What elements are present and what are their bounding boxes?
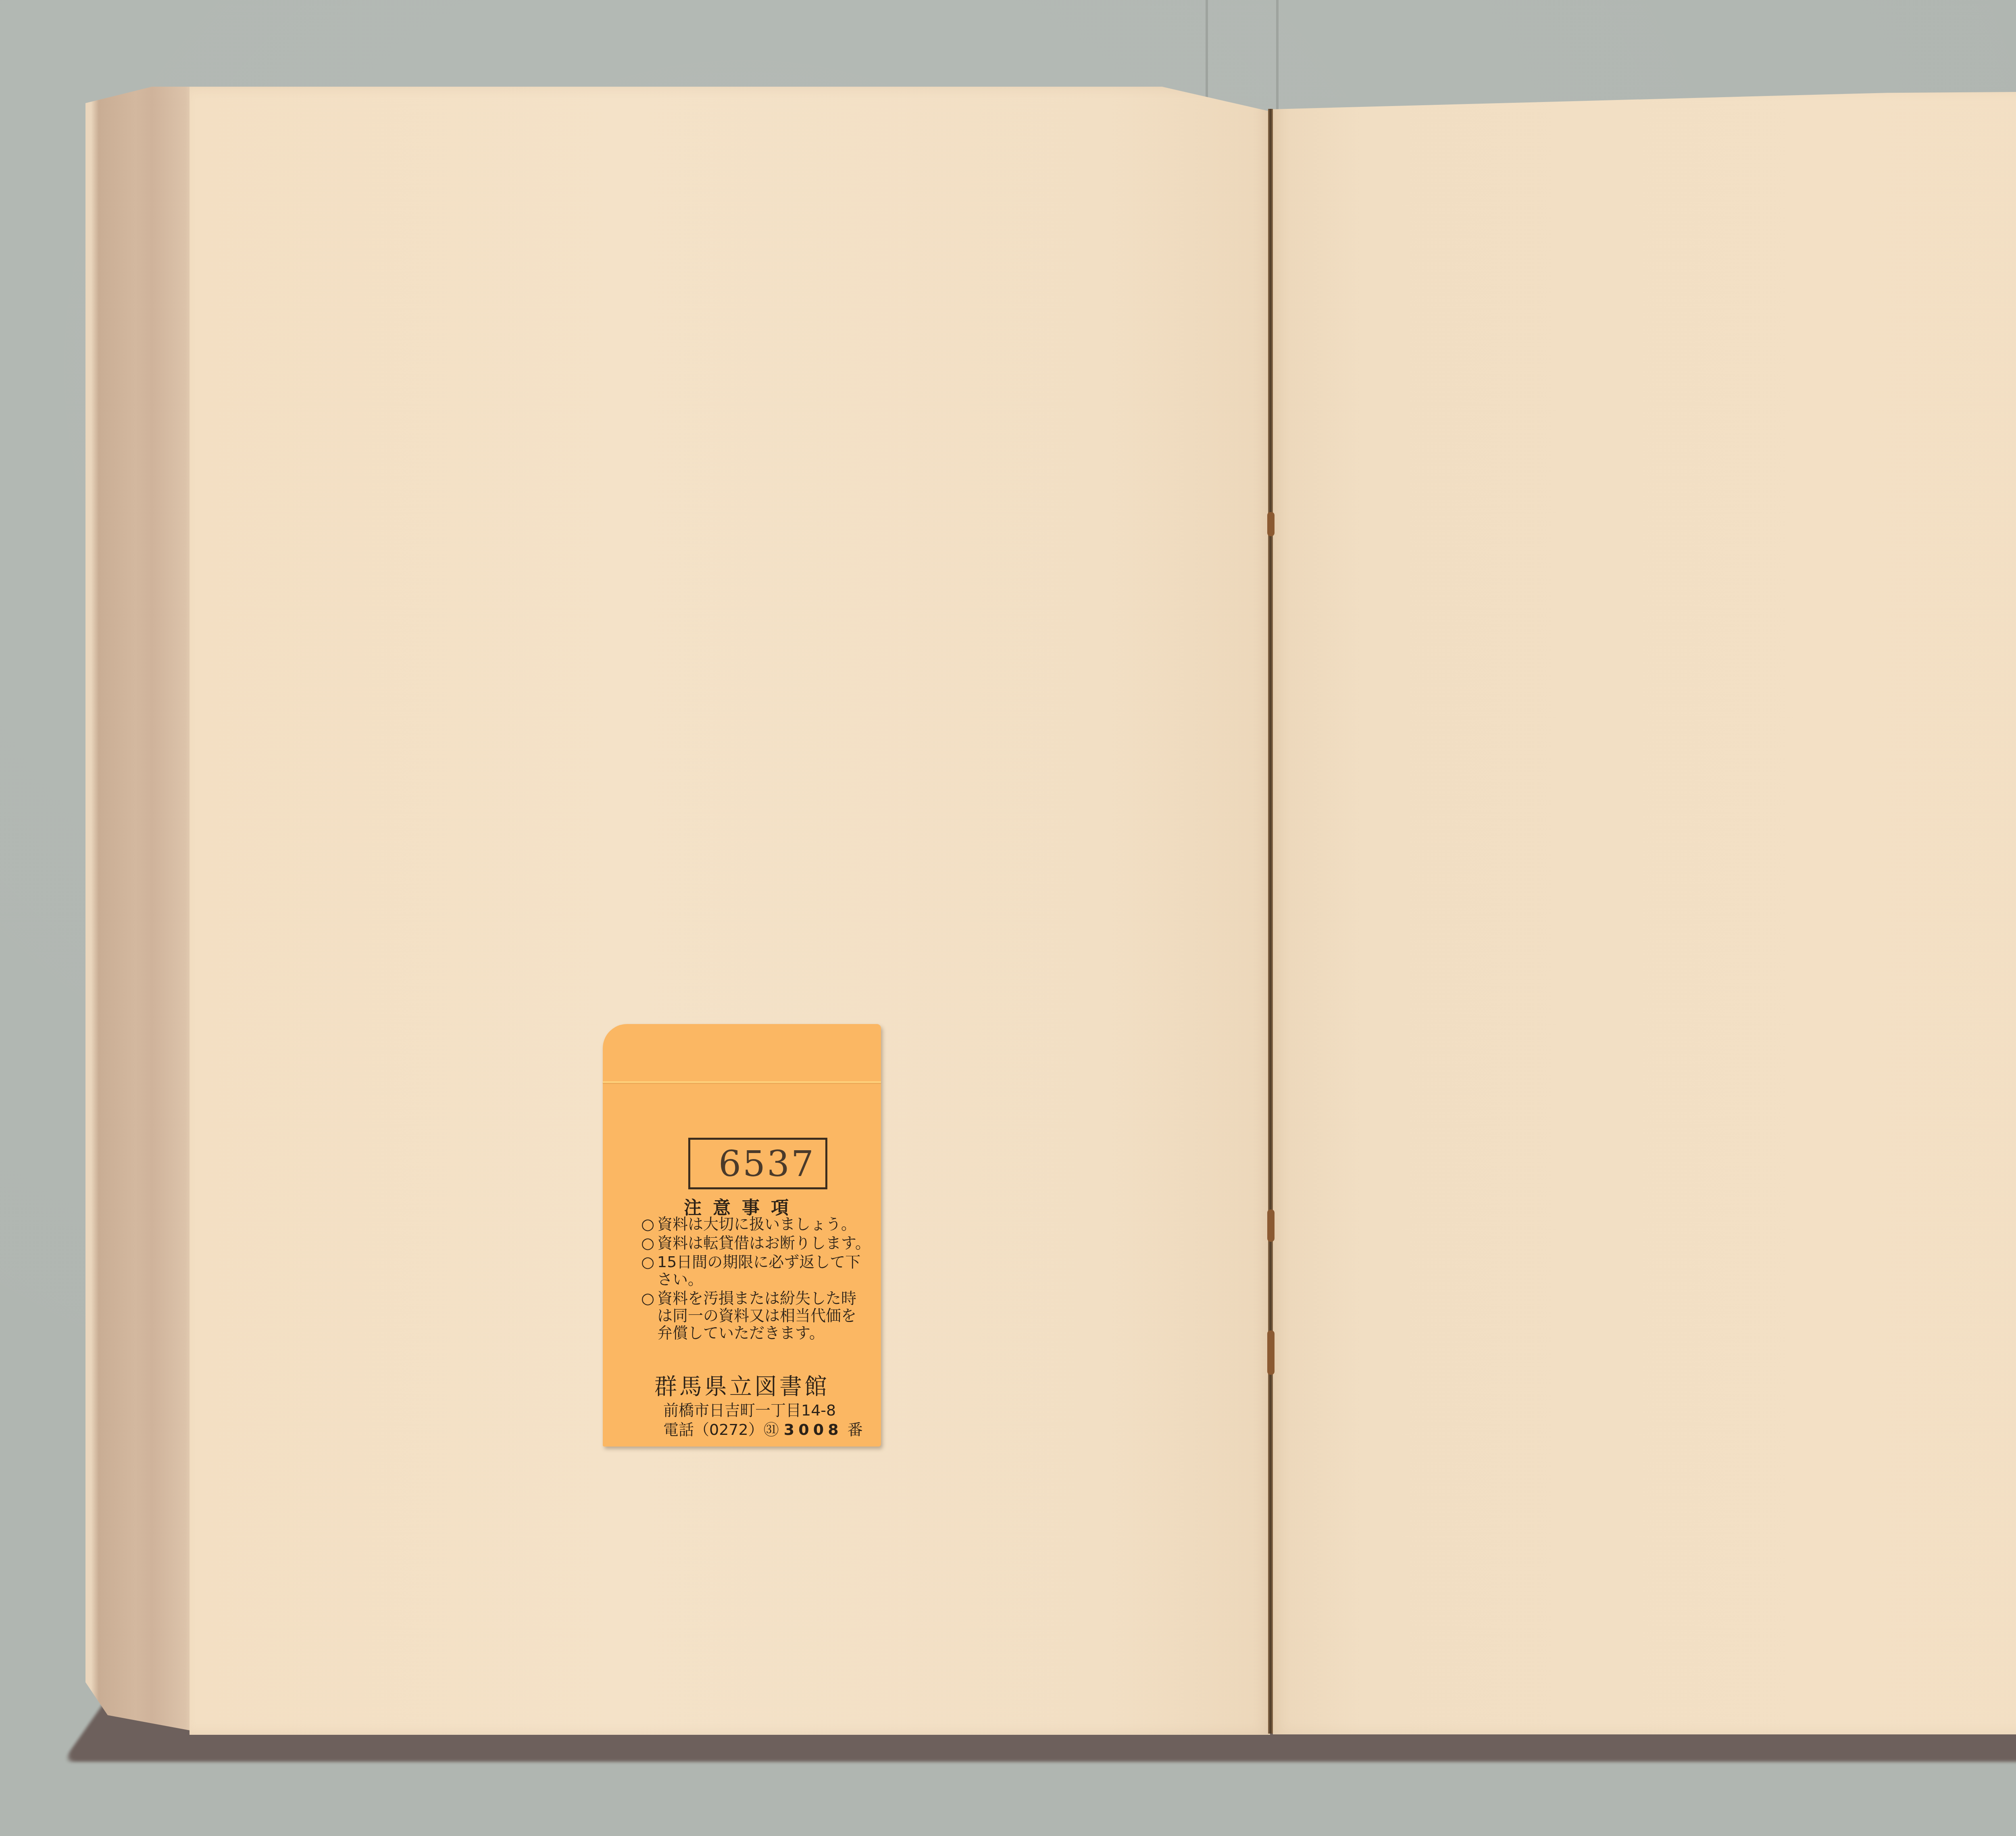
left-page xyxy=(190,87,1270,1735)
rule-item: ○ 資料は転貸借はお断りします。 xyxy=(641,1234,871,1252)
rule-text: 資料は大切に扱いましょう。 xyxy=(657,1216,871,1233)
rules-list: ○ 資料は大切に扱いましょう。 ○ 資料は転貸借はお断りします。 ○ 15日間の… xyxy=(641,1216,871,1343)
rule-text: 15日間の期限に必ず返して下さい。 xyxy=(657,1253,871,1288)
rule-item: ○ 15日間の期限に必ず返して下さい。 xyxy=(641,1253,871,1288)
library-card-pocket: 6537 注意事項 ○ 資料は大切に扱いましょう。 ○ 資料は転貸借はお断りしま… xyxy=(603,1024,881,1447)
gutter-stain xyxy=(1267,512,1275,536)
page-block-edge xyxy=(85,87,196,1732)
phone-prefix: 電話（0272）㉛ xyxy=(663,1421,779,1438)
phone-number: 3008 xyxy=(784,1421,843,1438)
circle-bullet-icon: ○ xyxy=(641,1290,657,1342)
rule-item: ○ 資料は大切に扱いましょう。 xyxy=(641,1216,871,1233)
gutter-stain xyxy=(1267,1209,1275,1242)
book-gutter xyxy=(1268,109,1273,1734)
circle-bullet-icon: ○ xyxy=(641,1234,657,1252)
right-page xyxy=(1273,90,2016,1734)
rule-text: 資料を汚損または紛失した時は同一の資料又は相当代価を弁償していただきます。 xyxy=(657,1290,871,1342)
circle-bullet-icon: ○ xyxy=(641,1253,657,1288)
open-book: 6537 注意事項 ○ 資料は大切に扱いましょう。 ○ 資料は転貸借はお断りしま… xyxy=(0,0,2016,1836)
call-number-box: 6537 xyxy=(688,1138,827,1189)
rule-text: 資料は転貸借はお断りします。 xyxy=(657,1234,871,1252)
library-name: 群馬県立図書館 xyxy=(603,1369,881,1401)
phone-suffix: 番 xyxy=(848,1421,863,1438)
gutter-stain xyxy=(1267,1330,1275,1375)
circle-bullet-icon: ○ xyxy=(641,1216,657,1233)
pocket-flap-fold xyxy=(603,1081,881,1083)
library-address: 前橋市日吉町一丁目14-8 xyxy=(663,1398,836,1420)
call-number: 6537 xyxy=(719,1143,815,1184)
library-phone: 電話（0272）㉛ 3008 番 xyxy=(663,1417,863,1439)
rule-item: ○ 資料を汚損または紛失した時は同一の資料又は相当代価を弁償していただきます。 xyxy=(641,1290,871,1342)
